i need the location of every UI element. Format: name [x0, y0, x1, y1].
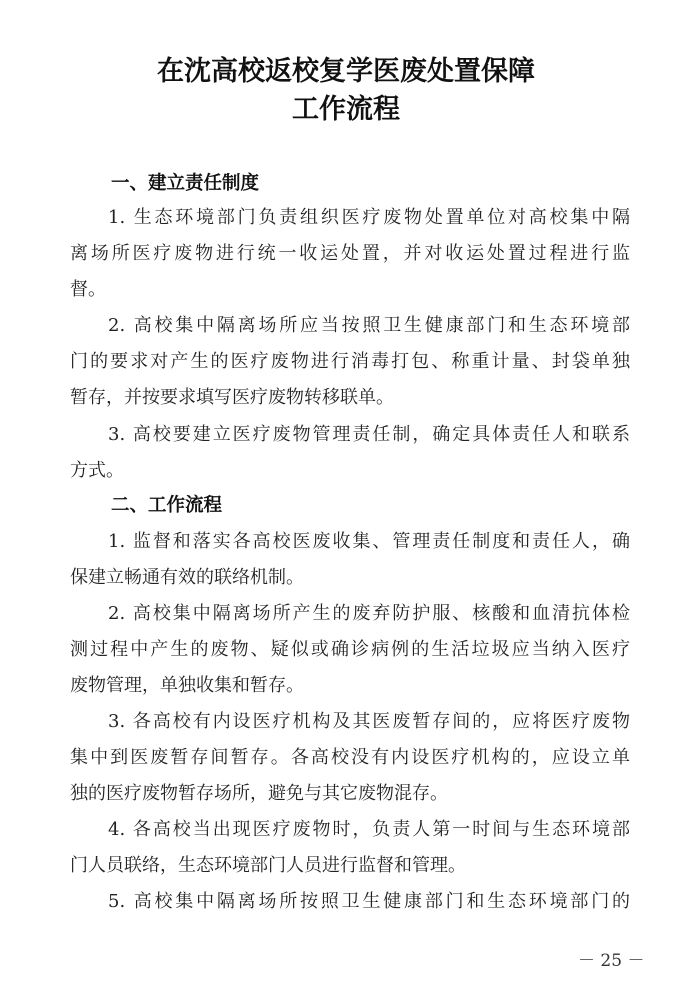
- paragraph-line: 1. 监督和落实各高校医废收集、管理责任制度和责任人，确: [108, 530, 630, 554]
- paragraph-line: 门人员联络，生态环境部门人员进行监督和管理。: [70, 854, 630, 878]
- document-title-line-1: 在沈高校返校复学医废处置保障: [0, 54, 692, 90]
- section-heading-1: 一、建立责任制度: [111, 172, 259, 196]
- paragraph-line: 3. 各高校有内设医疗机构及其医废暂存间的，应将医疗废物: [108, 710, 630, 734]
- paragraph-line: 保建立畅通有效的联络机制。: [70, 566, 630, 590]
- paragraph-line: 离场所医疗废物进行统一收运处置，并对收运处置过程进行监: [70, 242, 630, 266]
- paragraph-line: 集中到医废暂存间暂存。各高校没有内设医疗机构的，应设立单: [70, 746, 630, 770]
- paragraph-line: 暂存，并按要求填写医疗废物转移联单。: [70, 386, 630, 410]
- paragraph-line: 方式。: [70, 459, 630, 483]
- paragraph-line: 废物管理，单独收集和暂存。: [70, 674, 630, 698]
- paragraph-line: 3. 高校要建立医疗废物管理责任制，确定具体责任人和联系: [108, 423, 630, 447]
- paragraph-line: 2. 高校集中隔离场所应当按照卫生健康部门和生态环境部: [108, 314, 630, 338]
- document-title-line-2: 工作流程: [0, 92, 692, 128]
- paragraph-line: 4. 各高校当出现医疗废物时，负责人第一时间与生态环境部: [108, 818, 630, 842]
- paragraph-line: 1. 生态环境部门负责组织医疗废物处置单位对高校集中隔: [108, 206, 630, 230]
- paragraph-line: 5. 高校集中隔离场所按照卫生健康部门和生态环境部门的: [108, 890, 630, 914]
- paragraph-line: 2. 高校集中隔离场所产生的废弃防护服、核酸和血清抗体检: [108, 602, 630, 626]
- paragraph-line: 独的医疗废物暂存场所，避免与其它废物混存。: [70, 782, 630, 806]
- paragraph-line: 测过程中产生的废物、疑似或确诊病例的生活垃圾应当纳入医疗: [70, 638, 630, 662]
- section-heading-2: 二、工作流程: [111, 494, 222, 518]
- paragraph-line: 督。: [70, 278, 630, 302]
- page-number: － 25 －: [578, 950, 644, 972]
- paragraph-line: 门的要求对产生的医疗废物进行消毒打包、称重计量、封袋单独: [70, 350, 630, 374]
